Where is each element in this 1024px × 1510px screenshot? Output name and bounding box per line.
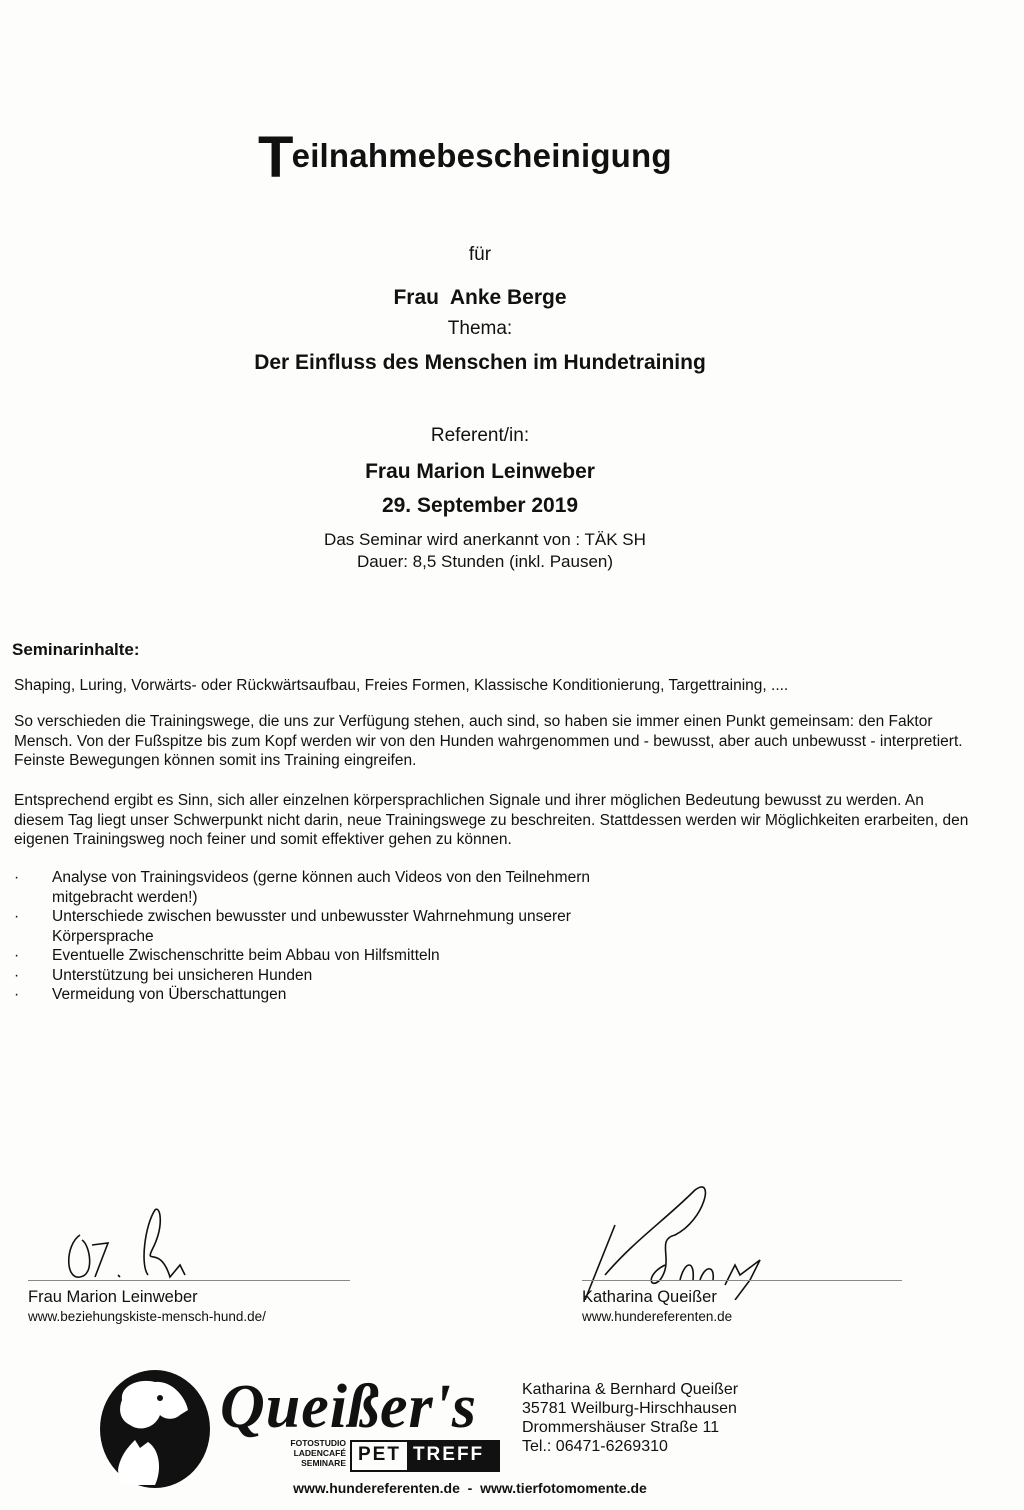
address-line: Tel.: 06471-6269310 <box>522 1437 738 1456</box>
brand-subtags: FOTOSTUDIO LADENCAFÉ SEMINARE <box>278 1438 346 1468</box>
title-rest: eilnahmebescheinigung <box>292 137 672 174</box>
signer-url: www.beziehungskiste-mensch-hund.de/ <box>28 1309 266 1324</box>
subtag: LADENCAFÉ <box>278 1448 346 1458</box>
dog-cat-logo-icon <box>100 1370 210 1488</box>
paragraph: Shaping, Luring, Vorwärts- oder Rückwärt… <box>14 676 974 696</box>
signature-leinweber <box>60 1205 220 1285</box>
topic: Der Einfluss des Menschen im Hundetraini… <box>0 351 980 375</box>
list-item: Unterstützung bei unsicheren Hunden <box>14 966 654 986</box>
paragraph: Entsprechend ergibt es Sinn, sich aller … <box>14 791 974 850</box>
speaker-label: Referent/in: <box>0 425 980 447</box>
pet-treff-badge: PET TREFF <box>350 1440 500 1472</box>
for-label: für <box>0 244 980 266</box>
paragraph: So verschieden die Trainingswege, die un… <box>14 712 974 771</box>
address-line: Katharina & Bernhard Queißer <box>522 1380 738 1399</box>
topic-label: Thema: <box>0 318 980 340</box>
duration: Dauer: 8,5 Stunden (inkl. Pausen) <box>0 552 985 572</box>
list-item: Unterschiede zwischen bewusster und unbe… <box>14 907 642 946</box>
contents-heading: Seminarinhalte: <box>12 640 140 660</box>
participant-name: Frau Anke Berge <box>0 286 980 310</box>
subtag: FOTOSTUDIO <box>278 1438 346 1448</box>
document-title: Teilnahmebescheinigung <box>258 124 672 191</box>
address-line: 35781 Weilburg-Hirschhausen <box>522 1399 738 1418</box>
signer-url: www.hundereferenten.de <box>582 1309 732 1324</box>
list-item: Vermeidung von Überschattungen <box>14 985 654 1005</box>
topics-list: Analyse von Trainingsvideos (gerne könne… <box>14 868 654 1005</box>
signer-name: Katharina Queißer <box>582 1288 717 1307</box>
signature-queisser <box>575 1180 815 1300</box>
recognition: Das Seminar wird anerkannt von : TÄK SH <box>0 530 985 550</box>
brand-logo: Queißer's <box>220 1372 477 1443</box>
title-initial: T <box>258 125 294 190</box>
signature-line <box>28 1280 350 1281</box>
footer-urls: www.hundereferenten.de - www.tierfotomom… <box>0 1480 940 1496</box>
address-block: Katharina & Bernhard Queißer 35781 Weilb… <box>522 1380 738 1456</box>
subtag: SEMINARE <box>278 1458 346 1468</box>
badge-left: PET <box>352 1442 407 1470</box>
badge-right: TREFF <box>407 1442 498 1470</box>
signature-line <box>582 1280 902 1281</box>
signer-name: Frau Marion Leinweber <box>28 1288 198 1307</box>
list-item: Analyse von Trainingsvideos (gerne könne… <box>14 868 654 907</box>
seminar-date: 29. September 2019 <box>0 494 980 518</box>
address-line: Drommershäuser Straße 11 <box>522 1418 738 1437</box>
speaker-name: Frau Marion Leinweber <box>0 460 980 484</box>
list-item: Eventuelle Zwischenschritte beim Abbau v… <box>14 946 654 966</box>
